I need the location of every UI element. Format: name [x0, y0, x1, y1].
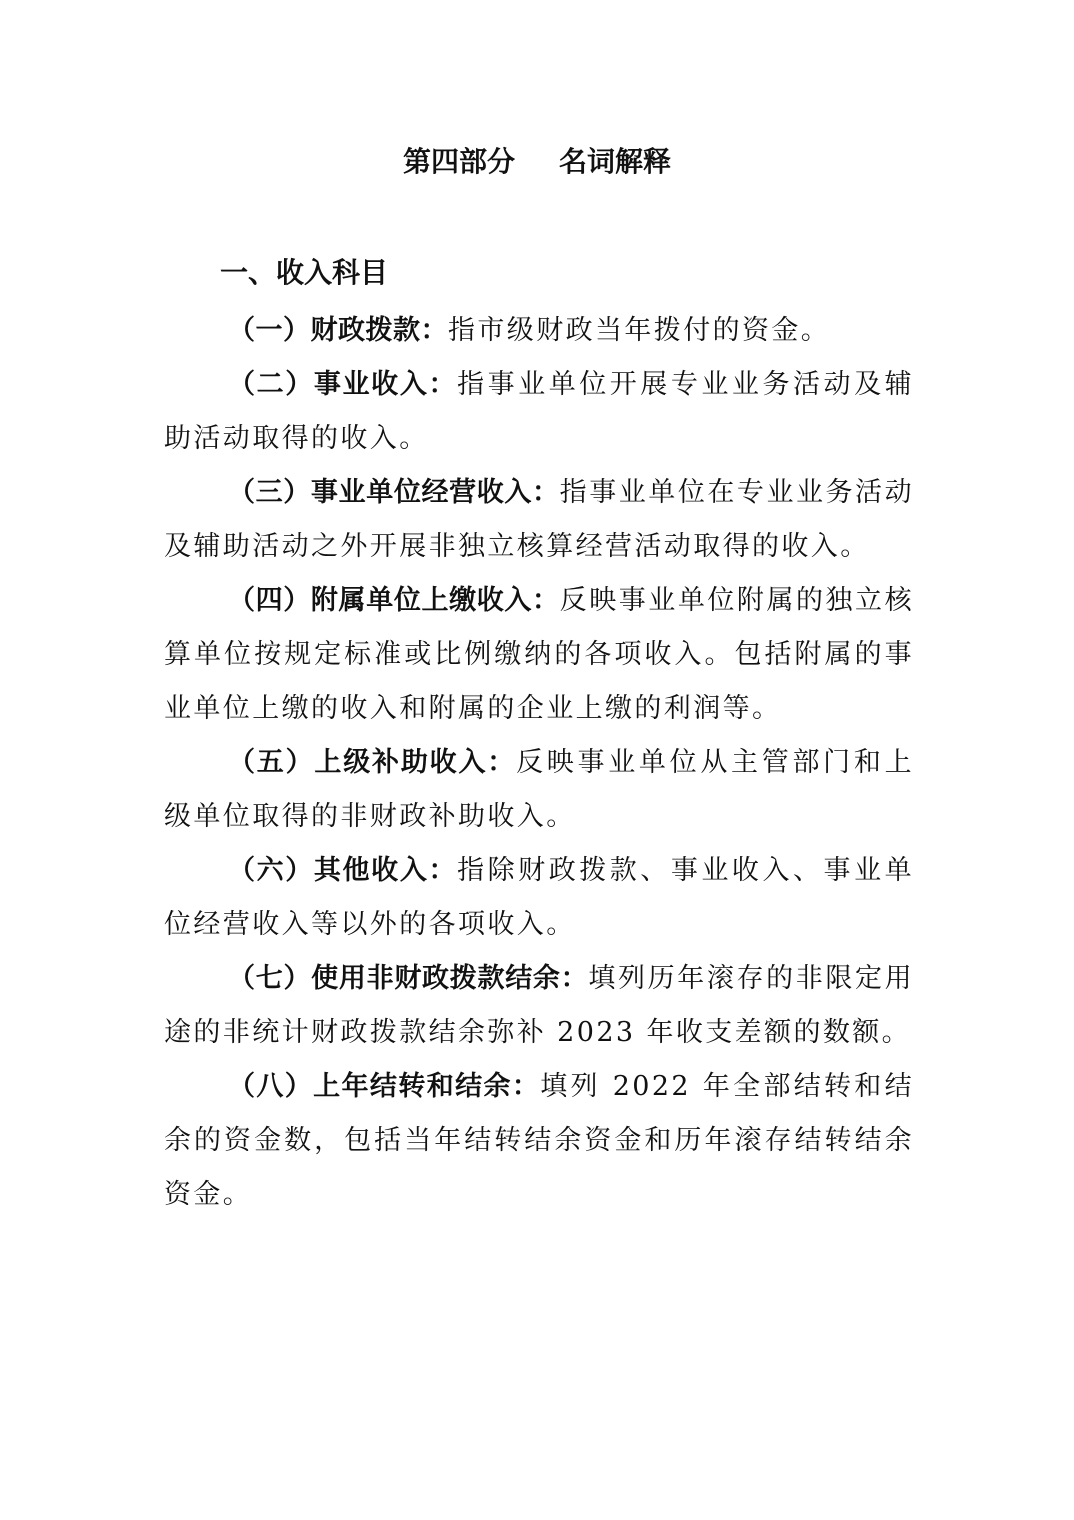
definition-term: （二）事业收入：	[228, 369, 457, 400]
definition-item: （一）财政拨款：指市级财政当年拨付的资金。	[164, 304, 914, 358]
definition-term: （七）使用非财政拨款结余：	[228, 963, 588, 994]
definition-item: （六）其他收入：指除财政拨款、事业收入、事业单位经营收入等以外的各项收入。	[164, 844, 914, 952]
definition-item: （八）上年结转和结余：填列 2022 年全部结转和结余的资金数，包括当年结转结余…	[164, 1060, 914, 1222]
title-part: 第四部分	[403, 145, 515, 178]
definition-term: （六）其他收入：	[228, 855, 457, 886]
definition-item: （二）事业收入：指事业单位开展专业业务活动及辅助活动取得的收入。	[164, 358, 914, 466]
section-heading: 一、收入科目	[220, 251, 388, 291]
definition-item: （三）事业单位经营收入：指事业单位在专业业务活动及辅助活动之外开展非独立核算经营…	[164, 466, 914, 574]
definition-term: （三）事业单位经营收入：	[228, 477, 560, 508]
page-title: 第四部分名词解释	[0, 140, 1074, 180]
definition-term: （一）财政拨款：	[228, 315, 448, 346]
definitions-list: （一）财政拨款：指市级财政当年拨付的资金。 （二）事业收入：指事业单位开展专业业…	[164, 304, 914, 1222]
document-page: 第四部分名词解释 一、收入科目 （一）财政拨款：指市级财政当年拨付的资金。 （二…	[0, 0, 1074, 1520]
definition-item: （四）附属单位上缴收入：反映事业单位附属的独立核算单位按规定标准或比例缴纳的各项…	[164, 574, 914, 736]
definition-item: （七）使用非财政拨款结余：填列历年滚存的非限定用途的非统计财政拨款结余弥补 20…	[164, 952, 914, 1060]
title-name: 名词解释	[559, 145, 671, 178]
definition-item: （五）上级补助收入：反映事业单位从主管部门和上级单位取得的非财政补助收入。	[164, 736, 914, 844]
definition-term: （四）附属单位上缴收入：	[228, 585, 560, 616]
definition-term: （五）上级补助收入：	[228, 747, 516, 778]
definition-term: （八）上年结转和结余：	[228, 1071, 540, 1102]
definition-desc: 指市级财政当年拨付的资金。	[448, 315, 830, 346]
